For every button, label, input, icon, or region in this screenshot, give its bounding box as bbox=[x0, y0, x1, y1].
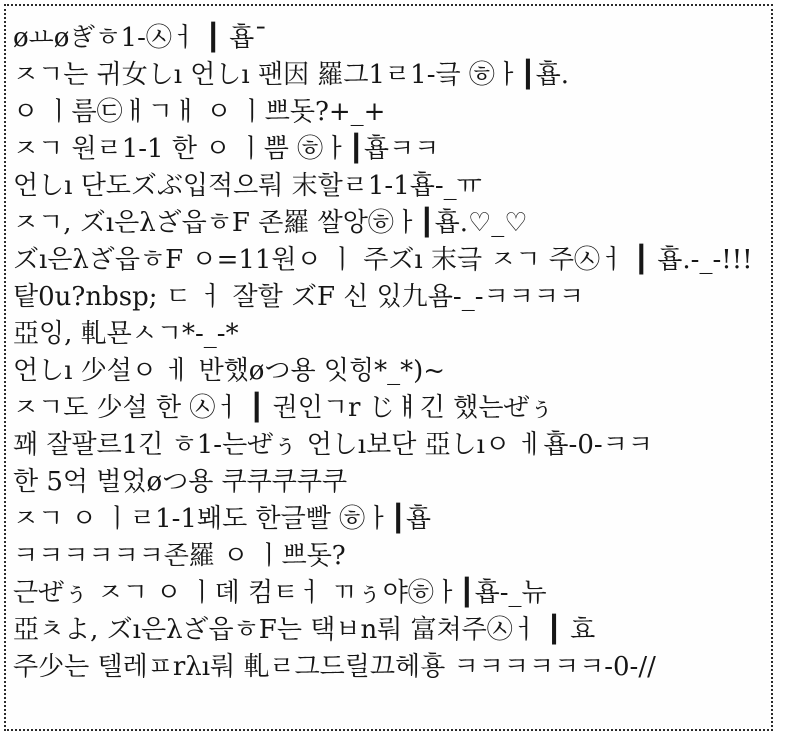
text-line: ㅈㄱ도 少설 한 ㉦ㅓ ┃ 권인ㄱr じㅒ긴 했는ぜぅ bbox=[13, 390, 769, 427]
text-line: 꽤 잘팔르1긴 ㅎ1-는ぜぅ 언しı보단 亞しıㅇ ㅔ횹-0-ㅋㅋ bbox=[13, 427, 769, 464]
text-line: 한 5억 벌었øつ용 쿠쿠쿠쿠쿠 bbox=[13, 464, 769, 501]
text-line: 탙0u?nbsp; ㄷ ㅓ 잘할 ズF 신 있九욤-_-ㅋㅋㅋㅋ bbox=[13, 279, 769, 316]
text-line: 언しı 少설ㅇ ㅔ 반했øつ용 잇힝*_*)~ bbox=[13, 353, 769, 390]
text-line: øㅛøぎㅎ1-㉦ㅓ ┃ 횹ˉ bbox=[13, 20, 769, 57]
text-line: ㅋㅋㅋㅋㅋㅋ존羅 ㅇ ㅣ쁘돗? bbox=[13, 538, 769, 575]
text-line: ㅈㄱ, ズı은λざ읍ㅎF 존羅 쌀앙㉭ㅏ┃횹.♡_♡ bbox=[13, 205, 769, 242]
text-line: 亞잉, 軋묜ㅅㄱ*-_-* bbox=[13, 316, 769, 353]
text-line: ㅈㄱ 원ㄹ1-1 한 ㅇ ㅣ쁨 ㉭ㅏ┃횹ㅋㅋ bbox=[13, 131, 769, 168]
text-line: 언しı 단도ズぶ입적으뤄 末할ㄹ1-1횹-_ㅠ bbox=[13, 168, 769, 205]
text-line: 근ぜぅ ㅈㄱ ㅇ ㅣ뎨 컴ㅌㅓ ㄲぅ야㉭ㅏ┃횹-_뉴 bbox=[13, 575, 769, 612]
text-line: 亞ㅊよ, ズı은λざ읍ㅎF는 택ㅂn뤄 富쳐주㉦ㅓ ┃ 효 bbox=[13, 612, 769, 649]
text-line: ㅈㄱ ㅇ ㅣㄹ1-1봬도 한글빨 ㉭ㅏ┃횹 bbox=[13, 501, 769, 538]
text-line: 주少는 텔레ㅍrλı뤄 軋ㄹ그드릴끄헤횽 ㅋㅋㅋㅋㅋㅋ-0-// bbox=[13, 649, 769, 686]
text-line: ㅇ ㅣ름㉢ㅐㄱㅐ ㅇ ㅣ쁘돗?+_+ bbox=[13, 94, 769, 131]
text-line: ズı은λざ읍ㅎF ㅇ=11원ㅇ ㅣ 주ズı 末긐 ㅈㄱ 주㉦ㅓ ┃ 횹.-_-!… bbox=[13, 242, 769, 279]
text-line: ㅈㄱ는 귀女しı 언しı 팬因 羅그1ㄹ1-긐 ㉭ㅏ┃횹. bbox=[13, 57, 769, 94]
text-lines: øㅛøぎㅎ1-㉦ㅓ ┃ 횹ˉㅈㄱ는 귀女しı 언しı 팬因 羅그1ㄹ1-긐 ㉭ㅏ… bbox=[13, 20, 769, 686]
alien-text-document: øㅛøぎㅎ1-㉦ㅓ ┃ 횹ˉㅈㄱ는 귀女しı 언しı 팬因 羅그1ㄹ1-긐 ㉭ㅏ… bbox=[4, 4, 773, 731]
